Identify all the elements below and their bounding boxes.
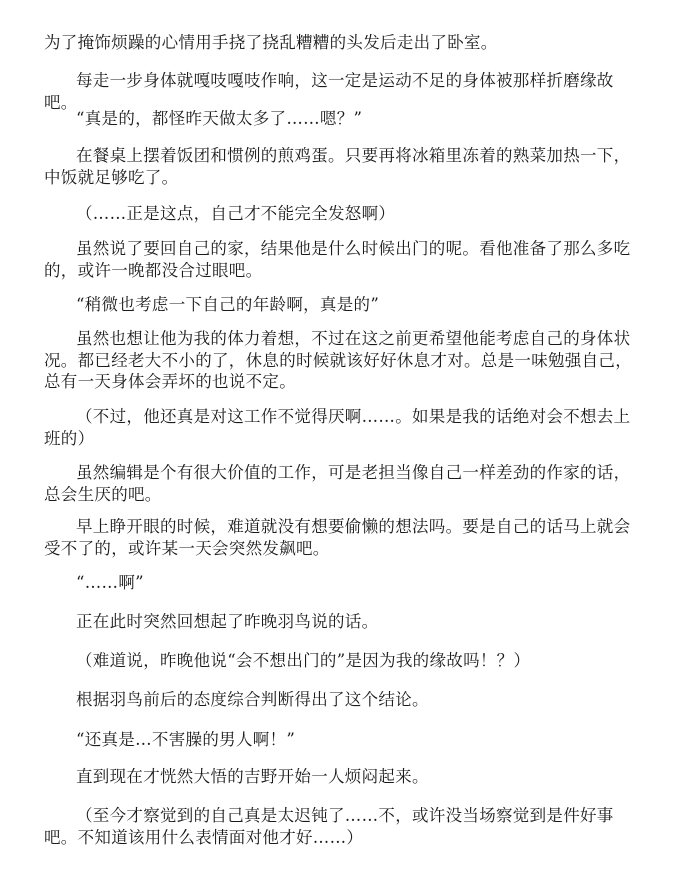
- paragraph-14-thought: （难道说，昨晚他说“会不想出门的”是因为我的缘故吗！？）: [44, 650, 640, 672]
- paragraph-18-thought: （至今才察觉到的自己真是太迟钝了……不，或许没当场察觉到是件好事吧。不知道该用什…: [44, 805, 640, 848]
- paragraph-12-dialogue: “……啊”: [44, 572, 640, 594]
- paragraph-4: 在餐桌上摆着饭团和惯例的煎鸡蛋。只要再将冰箱里冻着的熟菜加热一下，中饭就足够吃了…: [44, 145, 640, 188]
- paragraph-15: 根据羽鸟前后的态度综合判断得出了这个结论。: [44, 689, 640, 711]
- paragraph-8: 虽然也想让他为我的体力着想，不过在这之前更希望他能考虑自己的身体状况。都已经老大…: [44, 328, 640, 393]
- paragraph-16-dialogue: “还真是…不害臊的男人啊！”: [44, 729, 640, 751]
- paragraph-10: 虽然编辑是个有很大价值的工作，可是老担当像自己一样差劲的作家的话，总会生厌的吧。: [44, 462, 640, 505]
- paragraph-13: 正在此时突然回想起了昨晚羽鸟说的话。: [44, 611, 640, 633]
- paragraph-3-dialogue: “真是的，都怪昨天做太多了……嗯？”: [44, 108, 640, 130]
- paragraph-6: 虽然说了要回自己的家，结果他是什么时候出门的呢。看他准备了那么多吃的，或许一晚都…: [44, 238, 640, 281]
- paragraph-2: 每走一步身体就嘎吱嘎吱作响，这一定是运动不足的身体被那样折磨缘故吧。: [44, 70, 640, 113]
- paragraph-1: 为了掩饰烦躁的心情用手挠了挠乱糟糟的头发后走出了卧室。: [44, 32, 640, 54]
- paragraph-17: 直到现在才恍然大悟的吉野开始一人烦闷起来。: [44, 766, 640, 788]
- paragraph-5-thought: （……正是这点，自己才不能完全发怒啊）: [44, 203, 640, 225]
- paragraph-7-dialogue: “稍微也考虑一下自己的年龄啊，真是的”: [44, 294, 640, 316]
- paragraph-9-thought: （不过，他还真是对这工作不觉得厌啊……。如果是我的话绝对会不想去上班的）: [44, 406, 640, 449]
- paragraph-11: 早上睁开眼的时候，难道就没有想要偷懒的想法吗。要是自己的话马上就会受不了的，或许…: [44, 516, 640, 559]
